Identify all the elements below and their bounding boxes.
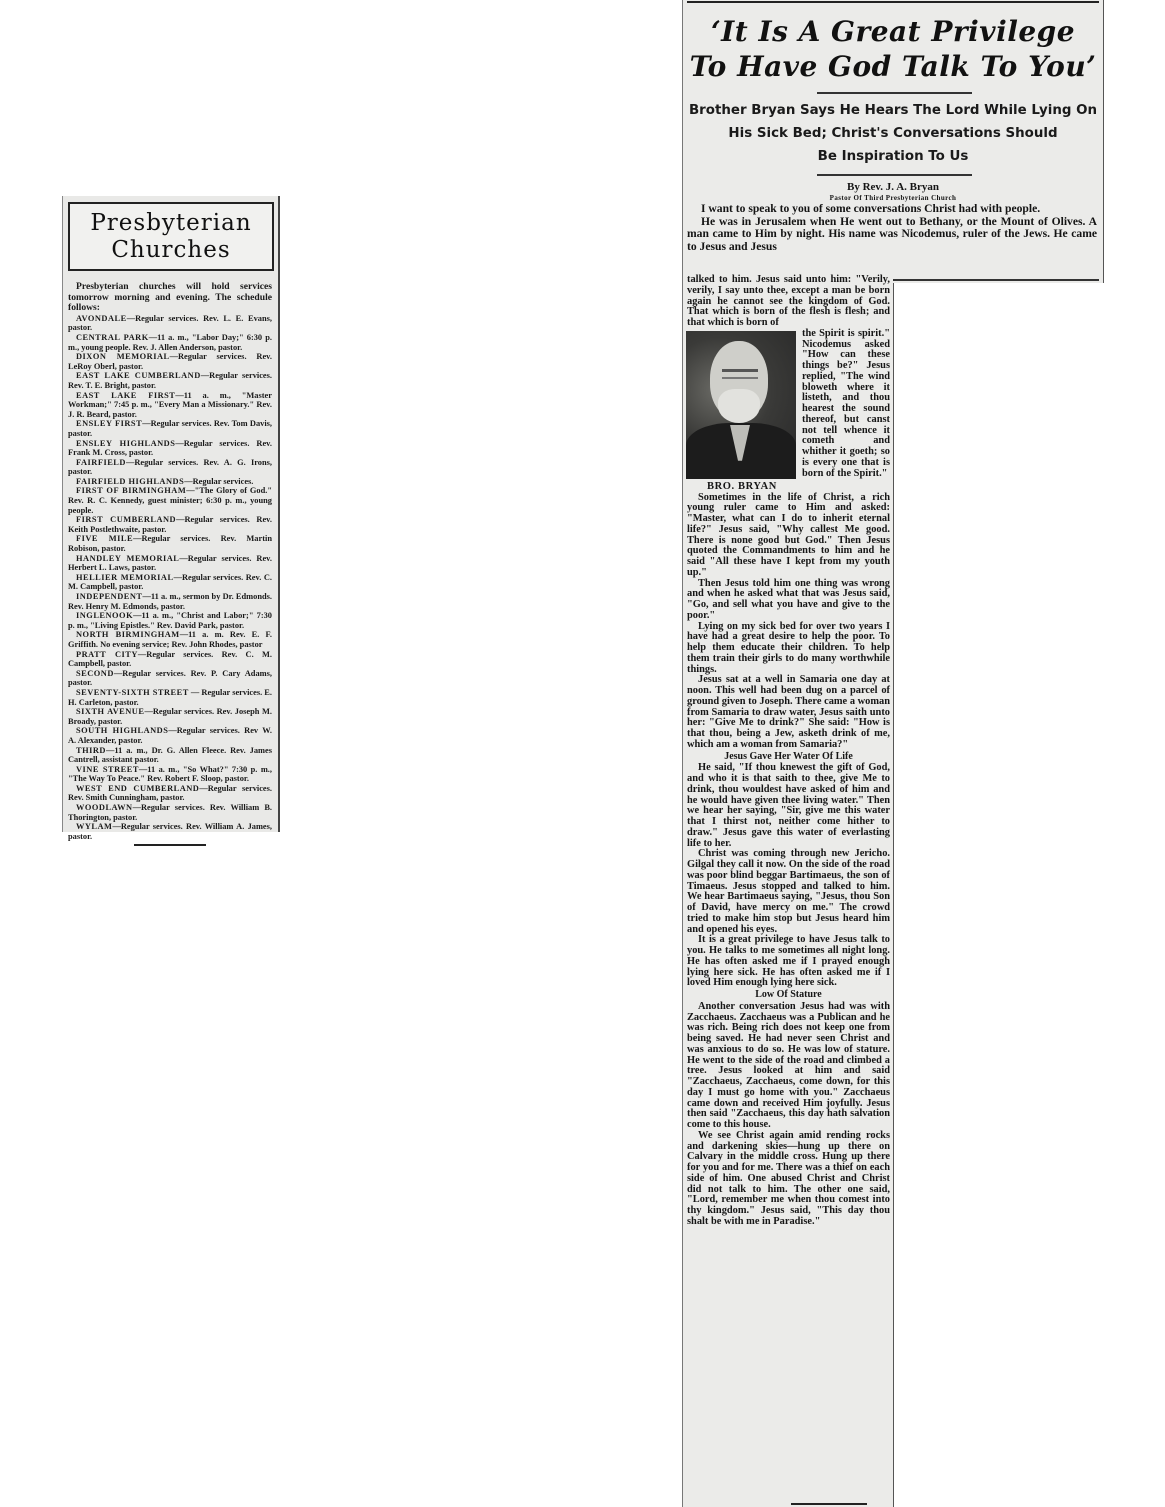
- church-name: THIRD: [76, 746, 106, 755]
- church-entry: SIXTH AVENUE—Regular services. Rev. Jose…: [68, 707, 272, 726]
- church-name: INGLENOOK: [76, 611, 133, 620]
- body-paragraph: Another conversation Jesus had was with …: [687, 1002, 890, 1131]
- church-name: AVONDALE: [76, 314, 127, 323]
- column-separator-rule: [893, 279, 1099, 281]
- body-paragraph: Sometimes in the life of Christ, a rich …: [687, 493, 890, 579]
- church-name: FAIRFIELD HIGHLANDS: [76, 477, 184, 486]
- lede-paragraph: I want to speak to you of some conversat…: [687, 203, 1097, 216]
- church-name: FAIRFIELD: [76, 458, 126, 467]
- church-name: FIRST CUMBERLAND: [76, 515, 176, 524]
- deck-line1: Brother Bryan Says He Hears The Lord Whi…: [687, 99, 1099, 122]
- portrait-photo: [686, 331, 796, 479]
- church-entry: WYLAM—Regular services. Rev. William A. …: [68, 822, 272, 841]
- body-paragraph: Jesus sat at a well in Samaria one day a…: [687, 675, 890, 750]
- church-schedule: Presbyterian churches will hold services…: [68, 282, 272, 846]
- body-paragraph: We see Christ again amid rending rocks a…: [687, 1131, 890, 1228]
- church-name: PRATT CITY: [76, 650, 138, 659]
- church-name: FIRST OF BIRMINGHAM: [76, 486, 186, 495]
- church-details: —Regular services.: [184, 477, 253, 486]
- body-paragraph: Lying on my sick bed for over two years …: [687, 622, 890, 676]
- church-entry: ENSLEY HIGHLANDS—Regular services. Rev. …: [68, 439, 272, 458]
- church-name: WEST END CUMBERLAND: [76, 784, 199, 793]
- church-name: HELLIER MEMORIAL: [76, 573, 174, 582]
- end-rule: [134, 844, 206, 846]
- clipping-title-line2: Churches: [70, 237, 272, 264]
- church-name: ENSLEY HIGHLANDS: [76, 439, 175, 448]
- church-name: EAST LAKE CUMBERLAND: [76, 371, 201, 380]
- church-name: EAST LAKE FIRST: [76, 391, 175, 400]
- church-entry: ENSLEY FIRST—Regular services. Rev. Tom …: [68, 419, 272, 438]
- church-entry: INGLENOOK—11 a. m., "Christ and Labor;" …: [68, 611, 272, 630]
- church-entry: EAST LAKE CUMBERLAND—Regular services. R…: [68, 371, 272, 390]
- church-name: SIXTH AVENUE: [76, 707, 144, 716]
- church-entry: FIRST CUMBERLAND—Regular services. Rev. …: [68, 515, 272, 534]
- church-name: HANDLEY MEMORIAL: [76, 554, 179, 563]
- deck-line2: His Sick Bed; Christ's Conversations Sho…: [687, 122, 1099, 145]
- top-rule: [687, 1, 1099, 3]
- church-entry: SECOND—Regular services. Rev. P. Cary Ad…: [68, 669, 272, 688]
- headline-line2: To Have God Talk To You’: [683, 49, 1103, 84]
- church-entry: EAST LAKE FIRST—11 a. m., "Master Workma…: [68, 391, 272, 420]
- deck-rule: [817, 174, 972, 176]
- headline-line1: ‘It Is A Great Privilege: [683, 14, 1103, 49]
- schedule-intro: Presbyterian churches will hold services…: [68, 282, 272, 314]
- church-entry: INDEPENDENT—11 a. m., sermon by Dr. Edmo…: [68, 592, 272, 611]
- presbyterian-churches-clipping: Presbyterian Churches Presbyterian churc…: [62, 196, 280, 832]
- church-entry: PRATT CITY—Regular services. Rev. C. M. …: [68, 650, 272, 669]
- body-paragraph: Christ was coming through new Jericho. G…: [687, 849, 890, 935]
- church-name: VINE STREET: [76, 765, 139, 774]
- byline-title: Pastor Of Third Presbyterian Church: [683, 194, 1103, 202]
- church-entry: WEST END CUMBERLAND—Regular services. Re…: [68, 784, 272, 803]
- church-name: ENSLEY FIRST: [76, 419, 142, 428]
- church-name: SEVENTY-SIXTH STREET: [76, 688, 189, 697]
- church-entry: HANDLEY MEMORIAL—Regular services. Rev. …: [68, 554, 272, 573]
- church-entry: DIXON MEMORIAL—Regular services. Rev. Le…: [68, 352, 272, 371]
- end-rule: [791, 1503, 867, 1505]
- church-entry: FAIRFIELD—Regular services. Rev. A. G. I…: [68, 458, 272, 477]
- church-list: AVONDALE—Regular services. Rev. L. E. Ev…: [68, 314, 272, 842]
- headline: ‘It Is A Great Privilege To Have God Tal…: [683, 14, 1103, 84]
- church-entry: AVONDALE—Regular services. Rev. L. E. Ev…: [68, 314, 272, 333]
- church-name: SOUTH HIGHLANDS: [76, 726, 168, 735]
- clipping-title-line1: Presbyterian: [70, 210, 272, 237]
- church-entry: SEVENTY-SIXTH STREET — Regular services.…: [68, 688, 272, 707]
- church-name: FIVE MILE: [76, 534, 133, 543]
- photo-caption: BRO. BRYAN: [686, 482, 798, 493]
- byline: By Rev. J. A. Bryan: [683, 181, 1103, 193]
- church-entry: VINE STREET—11 a. m., "So What?" 7:30 p.…: [68, 765, 272, 784]
- portrait: BRO. BRYAN: [686, 331, 798, 493]
- church-entry: FIRST OF BIRMINGHAM—"The Glory of God." …: [68, 486, 272, 515]
- church-entry: CENTRAL PARK—11 a. m., "Labor Day;" 6:30…: [68, 333, 272, 352]
- church-name: INDEPENDENT: [76, 592, 142, 601]
- body-paragraph: It is a great privilege to have Jesus ta…: [687, 935, 890, 989]
- article-column: talked to him. Jesus said unto him: "Ver…: [682, 283, 894, 1507]
- church-name: CENTRAL PARK: [76, 333, 149, 342]
- body-paragraph: Then Jesus told him one thing was wrong …: [687, 579, 890, 622]
- church-name: WYLAM: [76, 822, 112, 831]
- lede-paragraph: He was in Jerusalem when He went out to …: [687, 216, 1097, 254]
- lede: I want to speak to you of some conversat…: [687, 203, 1097, 253]
- church-entry: FAIRFIELD HIGHLANDS—Regular services.: [68, 477, 272, 487]
- deck-line3: Be Inspiration To Us: [687, 145, 1099, 168]
- body-paragraph: He said, "If thou knewest the gift of Go…: [687, 763, 890, 849]
- church-name: NORTH BIRMINGHAM: [76, 630, 180, 639]
- church-entry: WOODLAWN—Regular services. Rev. William …: [68, 803, 272, 822]
- subhead: Jesus Gave Her Water Of Life: [687, 752, 890, 763]
- article-header-block: ‘It Is A Great Privilege To Have God Tal…: [682, 0, 1104, 283]
- church-entry: SOUTH HIGHLANDS—Regular services. Rev W.…: [68, 726, 272, 745]
- headline-rule: [817, 92, 972, 94]
- church-entry: HELLIER MEMORIAL—Regular services. Rev. …: [68, 573, 272, 592]
- church-name: DIXON MEMORIAL: [76, 352, 170, 361]
- church-name: SECOND: [76, 669, 114, 678]
- body-paragraph: talked to him. Jesus said unto him: "Ver…: [687, 275, 890, 329]
- church-entry: FIVE MILE—Regular services. Rev. Martin …: [68, 534, 272, 553]
- clipping-title-box: Presbyterian Churches: [68, 202, 274, 271]
- church-entry: NORTH BIRMINGHAM—11 a. m. Rev. E. F. Gri…: [68, 630, 272, 649]
- article-body: talked to him. Jesus said unto him: "Ver…: [687, 275, 890, 1228]
- subhead: Low Of Stature: [687, 990, 890, 1001]
- deck: Brother Bryan Says He Hears The Lord Whi…: [687, 99, 1099, 168]
- church-entry: THIRD—11 a. m., Dr. G. Allen Fleece. Rev…: [68, 746, 272, 765]
- church-name: WOODLAWN: [76, 803, 133, 812]
